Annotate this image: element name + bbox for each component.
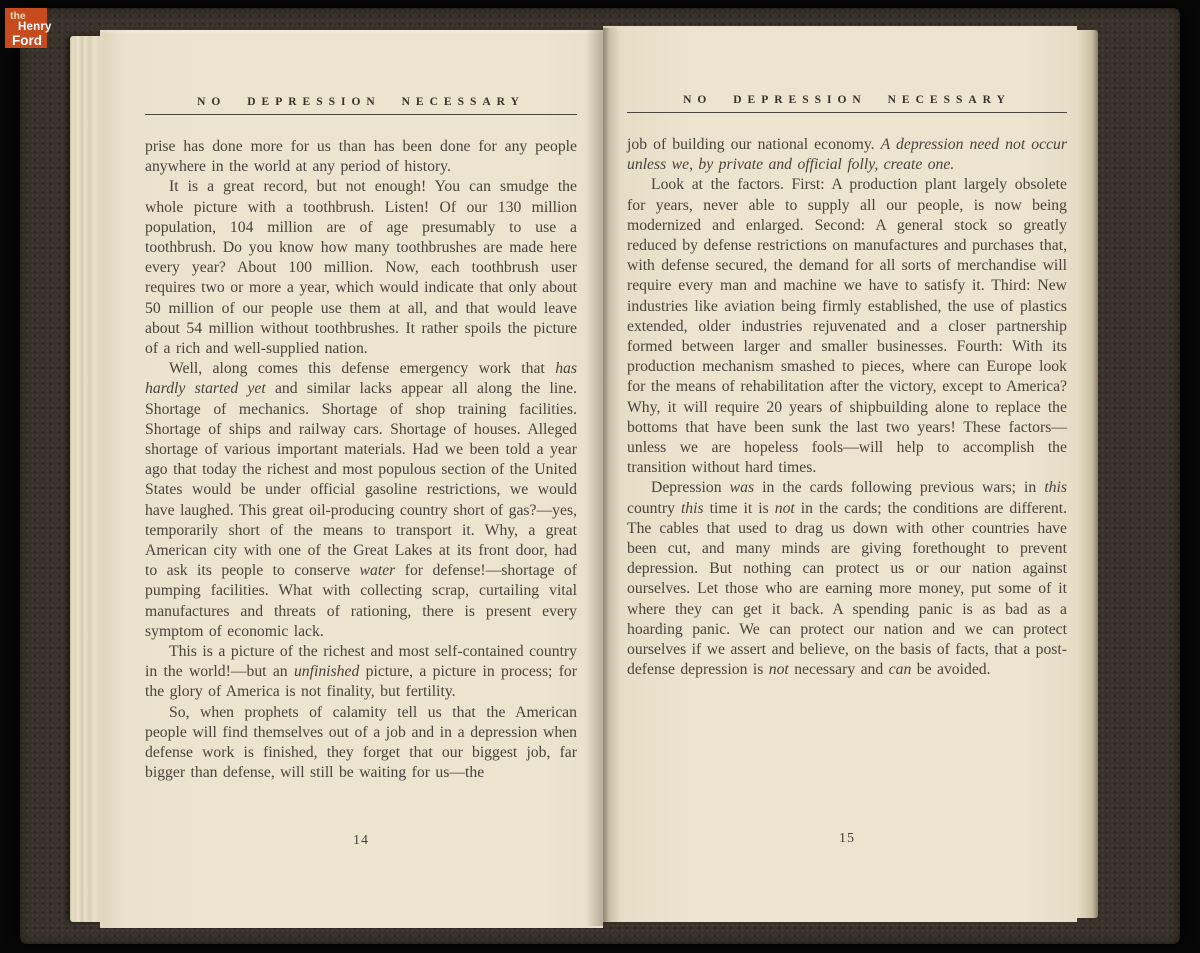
paragraph: So, when prophets of calamity tell us th… xyxy=(145,703,577,784)
logo-line-the: the xyxy=(10,11,47,22)
paragraph: Well, along comes this defense emergency… xyxy=(145,359,577,642)
paragraph: prise has done more for us than has been… xyxy=(145,137,577,177)
running-header-left: NO DEPRESSION NECESSARY xyxy=(145,96,577,108)
running-header-right: NO DEPRESSION NECESSARY xyxy=(627,94,1067,106)
page-number-right: 15 xyxy=(627,831,1067,847)
header-rule-right xyxy=(627,112,1067,113)
page-number-left: 14 xyxy=(145,833,577,849)
paragraph: It is a great record, but not enough! Yo… xyxy=(145,177,577,359)
left-page-text-column: NO DEPRESSION NECESSARY prise has done m… xyxy=(145,96,577,784)
header-rule-left xyxy=(145,114,577,115)
right-page-body: job of building our national economy. A … xyxy=(627,135,1067,680)
paragraph: This is a picture of the richest and mos… xyxy=(145,642,577,703)
logo-line-ford: Ford xyxy=(12,34,47,48)
right-page-text-column: NO DEPRESSION NECESSARY job of building … xyxy=(627,94,1067,680)
paragraph: Depression was in the cards following pr… xyxy=(627,478,1067,680)
left-page-body: prise has done more for us than has been… xyxy=(145,137,577,784)
page-edges-right xyxy=(1076,30,1098,918)
logo-line-henry: Henry xyxy=(18,22,47,34)
henry-ford-logo: the Henry Ford xyxy=(5,8,47,48)
paragraph: Look at the factors. First: A production… xyxy=(627,175,1067,478)
paragraph: job of building our national economy. A … xyxy=(627,135,1067,175)
page-edges-left xyxy=(70,36,104,922)
